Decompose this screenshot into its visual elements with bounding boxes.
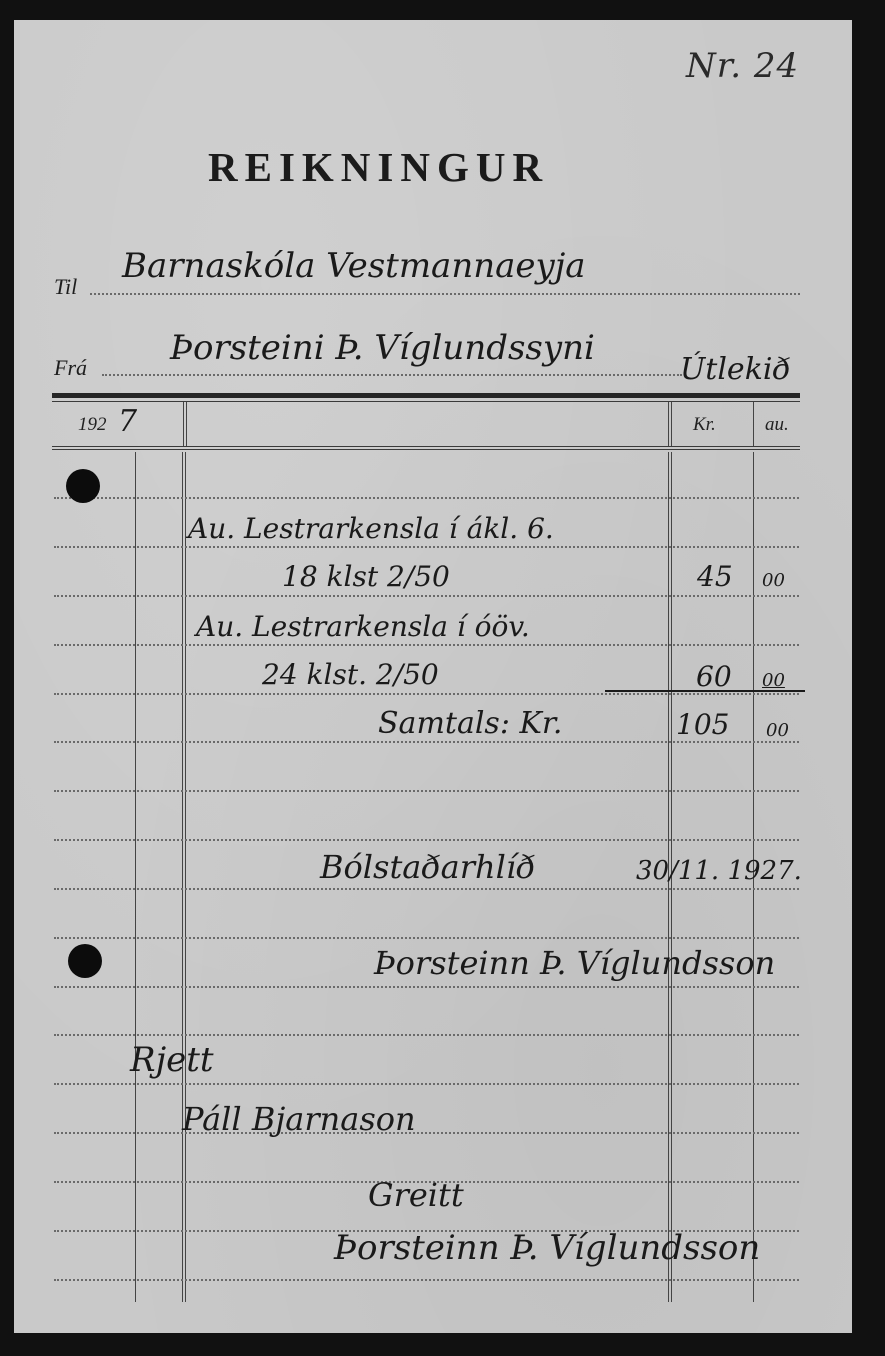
ruled-line — [54, 1034, 799, 1036]
subtotal-underline — [605, 690, 805, 692]
invoice-number: Nr. 24 — [686, 46, 799, 86]
col-divider-desc-b — [185, 452, 186, 1302]
from-extra: Útlekið — [680, 352, 791, 387]
line-item-au: 00 — [762, 570, 785, 591]
ruled-line — [54, 937, 799, 939]
ruled-line — [54, 644, 799, 646]
to-value: Barnaskóla Vestmannaeyja — [122, 246, 586, 286]
page-title: REIKNINGUR — [208, 143, 549, 191]
col-divider-au-left — [753, 402, 754, 446]
punch-hole-bottom — [68, 944, 102, 978]
col-divider-desc-left-b — [186, 402, 187, 446]
ruled-line — [54, 1083, 799, 1085]
ruled-line — [54, 741, 799, 743]
col-divider-kr-left-a — [668, 402, 669, 446]
col-divider-desc-left-a — [183, 402, 184, 446]
total-kr: 105 — [676, 708, 729, 741]
from-dotted-line — [102, 374, 682, 376]
from-label: Frá — [54, 355, 87, 381]
header-rule-bottom-1 — [52, 446, 800, 447]
date: 30/11. 1927. — [636, 856, 802, 886]
header-rule-thick — [52, 393, 800, 398]
line-item-kr: 60 — [696, 660, 732, 693]
ruled-line — [54, 546, 799, 548]
year-suffix: 7 — [118, 404, 137, 439]
paid-label: Greitt — [368, 1176, 464, 1214]
approver-signature: Páll Bjarnason — [182, 1100, 416, 1138]
approved-label: Rjett — [130, 1040, 214, 1080]
column-kr: Kr. — [693, 414, 716, 436]
col-divider-kr-left-b — [671, 402, 672, 446]
to-dotted-line — [90, 293, 800, 295]
line-item-description: 24 klst. 2/50 — [262, 658, 439, 691]
column-au: au. — [765, 414, 789, 436]
ruled-line — [54, 986, 799, 988]
line-item-au: 00 — [762, 670, 785, 691]
signature-payee: Þorsteinn Þ. Víglundsson — [334, 1228, 760, 1268]
col-divider-desc-a — [182, 452, 183, 1302]
to-label: Til — [54, 274, 77, 300]
from-value: Þorsteini Þ. Víglundssyni — [170, 328, 595, 368]
ruled-line — [54, 790, 799, 792]
total-au: 00 — [766, 720, 789, 741]
year-prefix: 192 — [78, 414, 107, 436]
ruled-line — [54, 693, 799, 695]
total-label: Samtals: Kr. — [378, 706, 562, 741]
ruled-line — [54, 1132, 799, 1134]
ruled-line — [54, 595, 799, 597]
line-item-description: Au. Lestrarkensla í óöv. — [196, 610, 530, 643]
ruled-line — [54, 497, 799, 499]
header-rule-bottom-2 — [52, 449, 800, 450]
ruled-line — [54, 839, 799, 841]
line-item-description: 18 klst 2/50 — [282, 560, 450, 593]
header-rule-thin — [52, 401, 800, 402]
line-item-kr: 45 — [697, 560, 733, 593]
signature-issuer: Þorsteinn Þ. Víglundsson — [374, 944, 775, 982]
ruled-line — [54, 1279, 799, 1281]
punch-hole-top — [66, 469, 100, 503]
col-divider-date — [135, 452, 136, 1302]
place: Bólstaðarhlíð — [320, 848, 535, 886]
ruled-line — [54, 888, 799, 890]
line-item-description: Au. Lestrarkensla í ákl. 6. — [188, 512, 554, 545]
